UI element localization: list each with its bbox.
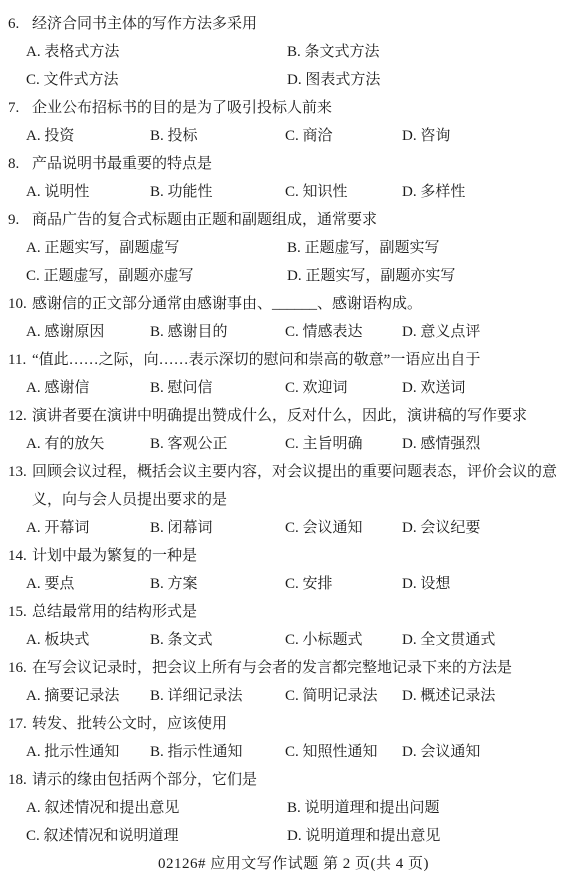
options-row: C. 文件式方法 D. 图表式方法	[8, 66, 579, 94]
option-d: D. 意义点评	[402, 318, 579, 346]
question-stem: 13. 回顾会议过程，概括会议主要内容，对会议提出的重要问题表态，评价会议的意义…	[8, 458, 579, 514]
option-d: D. 咨询	[402, 122, 579, 150]
options-row: A. 批示性通知 B. 指示性通知 C. 知照性通知 D. 会议通知	[8, 738, 579, 766]
exam-page: 6. 经济合同书主体的写作方法多采用 A. 表格式方法 B. 条文式方法 C. …	[0, 0, 585, 878]
options-row: A. 开幕词 B. 闭幕词 C. 会议通知 D. 会议纪要	[8, 514, 579, 542]
question-8: 8. 产品说明书最重要的特点是 A. 说明性 B. 功能性 C. 知识性 D. …	[8, 150, 579, 206]
option-b: B. 客观公正	[150, 430, 285, 458]
option-a: A. 感谢信	[26, 374, 150, 402]
option-b: B. 说明道理和提出问题	[287, 794, 579, 822]
option-a: A. 有的放矢	[26, 430, 150, 458]
option-d: D. 说明道理和提出意见	[287, 822, 579, 850]
option-d: D. 设想	[402, 570, 579, 598]
question-number: 9.	[8, 206, 32, 234]
options-row: C. 叙述情况和说明道理 D. 说明道理和提出意见	[8, 822, 579, 850]
option-b: B. 详细记录法	[150, 682, 285, 710]
option-c: C. 安排	[285, 570, 402, 598]
option-b: B. 指示性通知	[150, 738, 285, 766]
option-d: D. 多样性	[402, 178, 579, 206]
question-number: 18.	[8, 766, 32, 794]
question-text: 回顾会议过程，概括会议主要内容，对会议提出的重要问题表态，评价会议的意义，向与会…	[32, 458, 579, 514]
question-6: 6. 经济合同书主体的写作方法多采用 A. 表格式方法 B. 条文式方法 C. …	[8, 10, 579, 94]
question-stem: 17. 转发、批转公文时，应该使用	[8, 710, 579, 738]
option-b: B. 条文式	[150, 626, 285, 654]
question-number: 14.	[8, 542, 32, 570]
options-row: A. 叙述情况和提出意见 B. 说明道理和提出问题	[8, 794, 579, 822]
option-c: C. 情感表达	[285, 318, 402, 346]
question-stem: 18. 请示的缘由包括两个部分，它们是	[8, 766, 579, 794]
question-text: 企业公布招标书的目的是为了吸引投标人前来	[32, 94, 579, 122]
option-d: D. 会议纪要	[402, 514, 579, 542]
option-c: C. 欢迎词	[285, 374, 402, 402]
question-stem: 11. “值此……之际，向……表示深切的慰问和崇高的敬意”一语应出自于	[8, 346, 579, 374]
options-row: A. 要点 B. 方案 C. 安排 D. 设想	[8, 570, 579, 598]
options-row: A. 感谢原因 B. 感谢目的 C. 情感表达 D. 意义点评	[8, 318, 579, 346]
option-b: B. 感谢目的	[150, 318, 285, 346]
question-10: 10. 感谢信的正文部分通常由感谢事由、______、感谢语构成。 A. 感谢原…	[8, 290, 579, 346]
options-row: A. 板块式 B. 条文式 C. 小标题式 D. 全文贯通式	[8, 626, 579, 654]
option-d: D. 图表式方法	[287, 66, 579, 94]
option-a: A. 批示性通知	[26, 738, 150, 766]
option-b: B. 慰问信	[150, 374, 285, 402]
option-c: C. 简明记录法	[285, 682, 402, 710]
question-text: 计划中最为繁复的一种是	[32, 542, 579, 570]
option-c: C. 文件式方法	[26, 66, 287, 94]
option-b: B. 正题虚写，副题实写	[287, 234, 579, 262]
question-text: “值此……之际，向……表示深切的慰问和崇高的敬意”一语应出自于	[32, 346, 579, 374]
question-stem: 15. 总结最常用的结构形式是	[8, 598, 579, 626]
question-text: 经济合同书主体的写作方法多采用	[32, 10, 579, 38]
question-13: 13. 回顾会议过程，概括会议主要内容，对会议提出的重要问题表态，评价会议的意义…	[8, 458, 579, 542]
option-c: C. 主旨明确	[285, 430, 402, 458]
question-number: 13.	[8, 458, 32, 514]
question-14: 14. 计划中最为繁复的一种是 A. 要点 B. 方案 C. 安排 D. 设想	[8, 542, 579, 598]
option-c: C. 正题虚写，副题亦虚写	[26, 262, 287, 290]
option-b: B. 条文式方法	[287, 38, 579, 66]
question-number: 8.	[8, 150, 32, 178]
option-a: A. 要点	[26, 570, 150, 598]
question-number: 15.	[8, 598, 32, 626]
question-stem: 14. 计划中最为繁复的一种是	[8, 542, 579, 570]
option-c: C. 叙述情况和说明道理	[26, 822, 287, 850]
option-b: B. 闭幕词	[150, 514, 285, 542]
question-number: 10.	[8, 290, 32, 318]
question-stem: 16. 在写会议记录时，把会议上所有与会者的发言都完整地记录下来的方法是	[8, 654, 579, 682]
option-a: A. 感谢原因	[26, 318, 150, 346]
options-row: C. 正题虚写，副题亦虚写 D. 正题实写，副题亦实写	[8, 262, 579, 290]
question-number: 16.	[8, 654, 32, 682]
option-a: A. 表格式方法	[26, 38, 287, 66]
option-a: A. 摘要记录法	[26, 682, 150, 710]
question-stem: 8. 产品说明书最重要的特点是	[8, 150, 579, 178]
question-stem: 9. 商品广告的复合式标题由正题和副题组成，通常要求	[8, 206, 579, 234]
question-stem: 7. 企业公布招标书的目的是为了吸引投标人前来	[8, 94, 579, 122]
question-text: 演讲者要在演讲中明确提出赞成什么，反对什么，因此，演讲稿的写作要求	[32, 402, 579, 430]
question-16: 16. 在写会议记录时，把会议上所有与会者的发言都完整地记录下来的方法是 A. …	[8, 654, 579, 710]
option-a: A. 叙述情况和提出意见	[26, 794, 287, 822]
option-c: C. 商洽	[285, 122, 402, 150]
option-c: C. 小标题式	[285, 626, 402, 654]
option-a: A. 板块式	[26, 626, 150, 654]
question-text: 请示的缘由包括两个部分，它们是	[32, 766, 579, 794]
question-text: 感谢信的正文部分通常由感谢事由、______、感谢语构成。	[32, 290, 579, 318]
options-row: A. 正题实写，副题虚写 B. 正题虚写，副题实写	[8, 234, 579, 262]
question-17: 17. 转发、批转公文时，应该使用 A. 批示性通知 B. 指示性通知 C. 知…	[8, 710, 579, 766]
question-text: 在写会议记录时，把会议上所有与会者的发言都完整地记录下来的方法是	[32, 654, 579, 682]
question-stem: 10. 感谢信的正文部分通常由感谢事由、______、感谢语构成。	[8, 290, 579, 318]
option-a: A. 说明性	[26, 178, 150, 206]
option-a: A. 开幕词	[26, 514, 150, 542]
options-row: A. 投资 B. 投标 C. 商洽 D. 咨询	[8, 122, 579, 150]
option-b: B. 投标	[150, 122, 285, 150]
option-d: D. 正题实写，副题亦实写	[287, 262, 579, 290]
question-text: 总结最常用的结构形式是	[32, 598, 579, 626]
option-a: A. 正题实写，副题虚写	[26, 234, 287, 262]
option-d: D. 会议通知	[402, 738, 579, 766]
question-number: 11.	[8, 346, 32, 374]
option-c: C. 知照性通知	[285, 738, 402, 766]
options-row: A. 摘要记录法 B. 详细记录法 C. 简明记录法 D. 概述记录法	[8, 682, 579, 710]
question-text: 转发、批转公文时，应该使用	[32, 710, 579, 738]
question-18: 18. 请示的缘由包括两个部分，它们是 A. 叙述情况和提出意见 B. 说明道理…	[8, 766, 579, 850]
option-d: D. 概述记录法	[402, 682, 579, 710]
question-number: 12.	[8, 402, 32, 430]
question-11: 11. “值此……之际，向……表示深切的慰问和崇高的敬意”一语应出自于 A. 感…	[8, 346, 579, 402]
option-c: C. 知识性	[285, 178, 402, 206]
option-b: B. 功能性	[150, 178, 285, 206]
options-row: A. 感谢信 B. 慰问信 C. 欢迎词 D. 欢送词	[8, 374, 579, 402]
option-d: D. 欢送词	[402, 374, 579, 402]
question-stem: 6. 经济合同书主体的写作方法多采用	[8, 10, 579, 38]
question-7: 7. 企业公布招标书的目的是为了吸引投标人前来 A. 投资 B. 投标 C. 商…	[8, 94, 579, 150]
options-row: A. 说明性 B. 功能性 C. 知识性 D. 多样性	[8, 178, 579, 206]
options-row: A. 有的放矢 B. 客观公正 C. 主旨明确 D. 感情强烈	[8, 430, 579, 458]
question-number: 17.	[8, 710, 32, 738]
question-text: 产品说明书最重要的特点是	[32, 150, 579, 178]
question-number: 6.	[8, 10, 32, 38]
question-12: 12. 演讲者要在演讲中明确提出赞成什么，反对什么，因此，演讲稿的写作要求 A.…	[8, 402, 579, 458]
page-footer: 02126# 应用文写作试题 第 2 页(共 4 页)	[8, 850, 579, 878]
question-15: 15. 总结最常用的结构形式是 A. 板块式 B. 条文式 C. 小标题式 D.…	[8, 598, 579, 654]
option-d: D. 感情强烈	[402, 430, 579, 458]
option-d: D. 全文贯通式	[402, 626, 579, 654]
question-text: 商品广告的复合式标题由正题和副题组成，通常要求	[32, 206, 579, 234]
question-number: 7.	[8, 94, 32, 122]
question-9: 9. 商品广告的复合式标题由正题和副题组成，通常要求 A. 正题实写，副题虚写 …	[8, 206, 579, 290]
question-stem: 12. 演讲者要在演讲中明确提出赞成什么，反对什么，因此，演讲稿的写作要求	[8, 402, 579, 430]
options-row: A. 表格式方法 B. 条文式方法	[8, 38, 579, 66]
option-a: A. 投资	[26, 122, 150, 150]
option-c: C. 会议通知	[285, 514, 402, 542]
option-b: B. 方案	[150, 570, 285, 598]
